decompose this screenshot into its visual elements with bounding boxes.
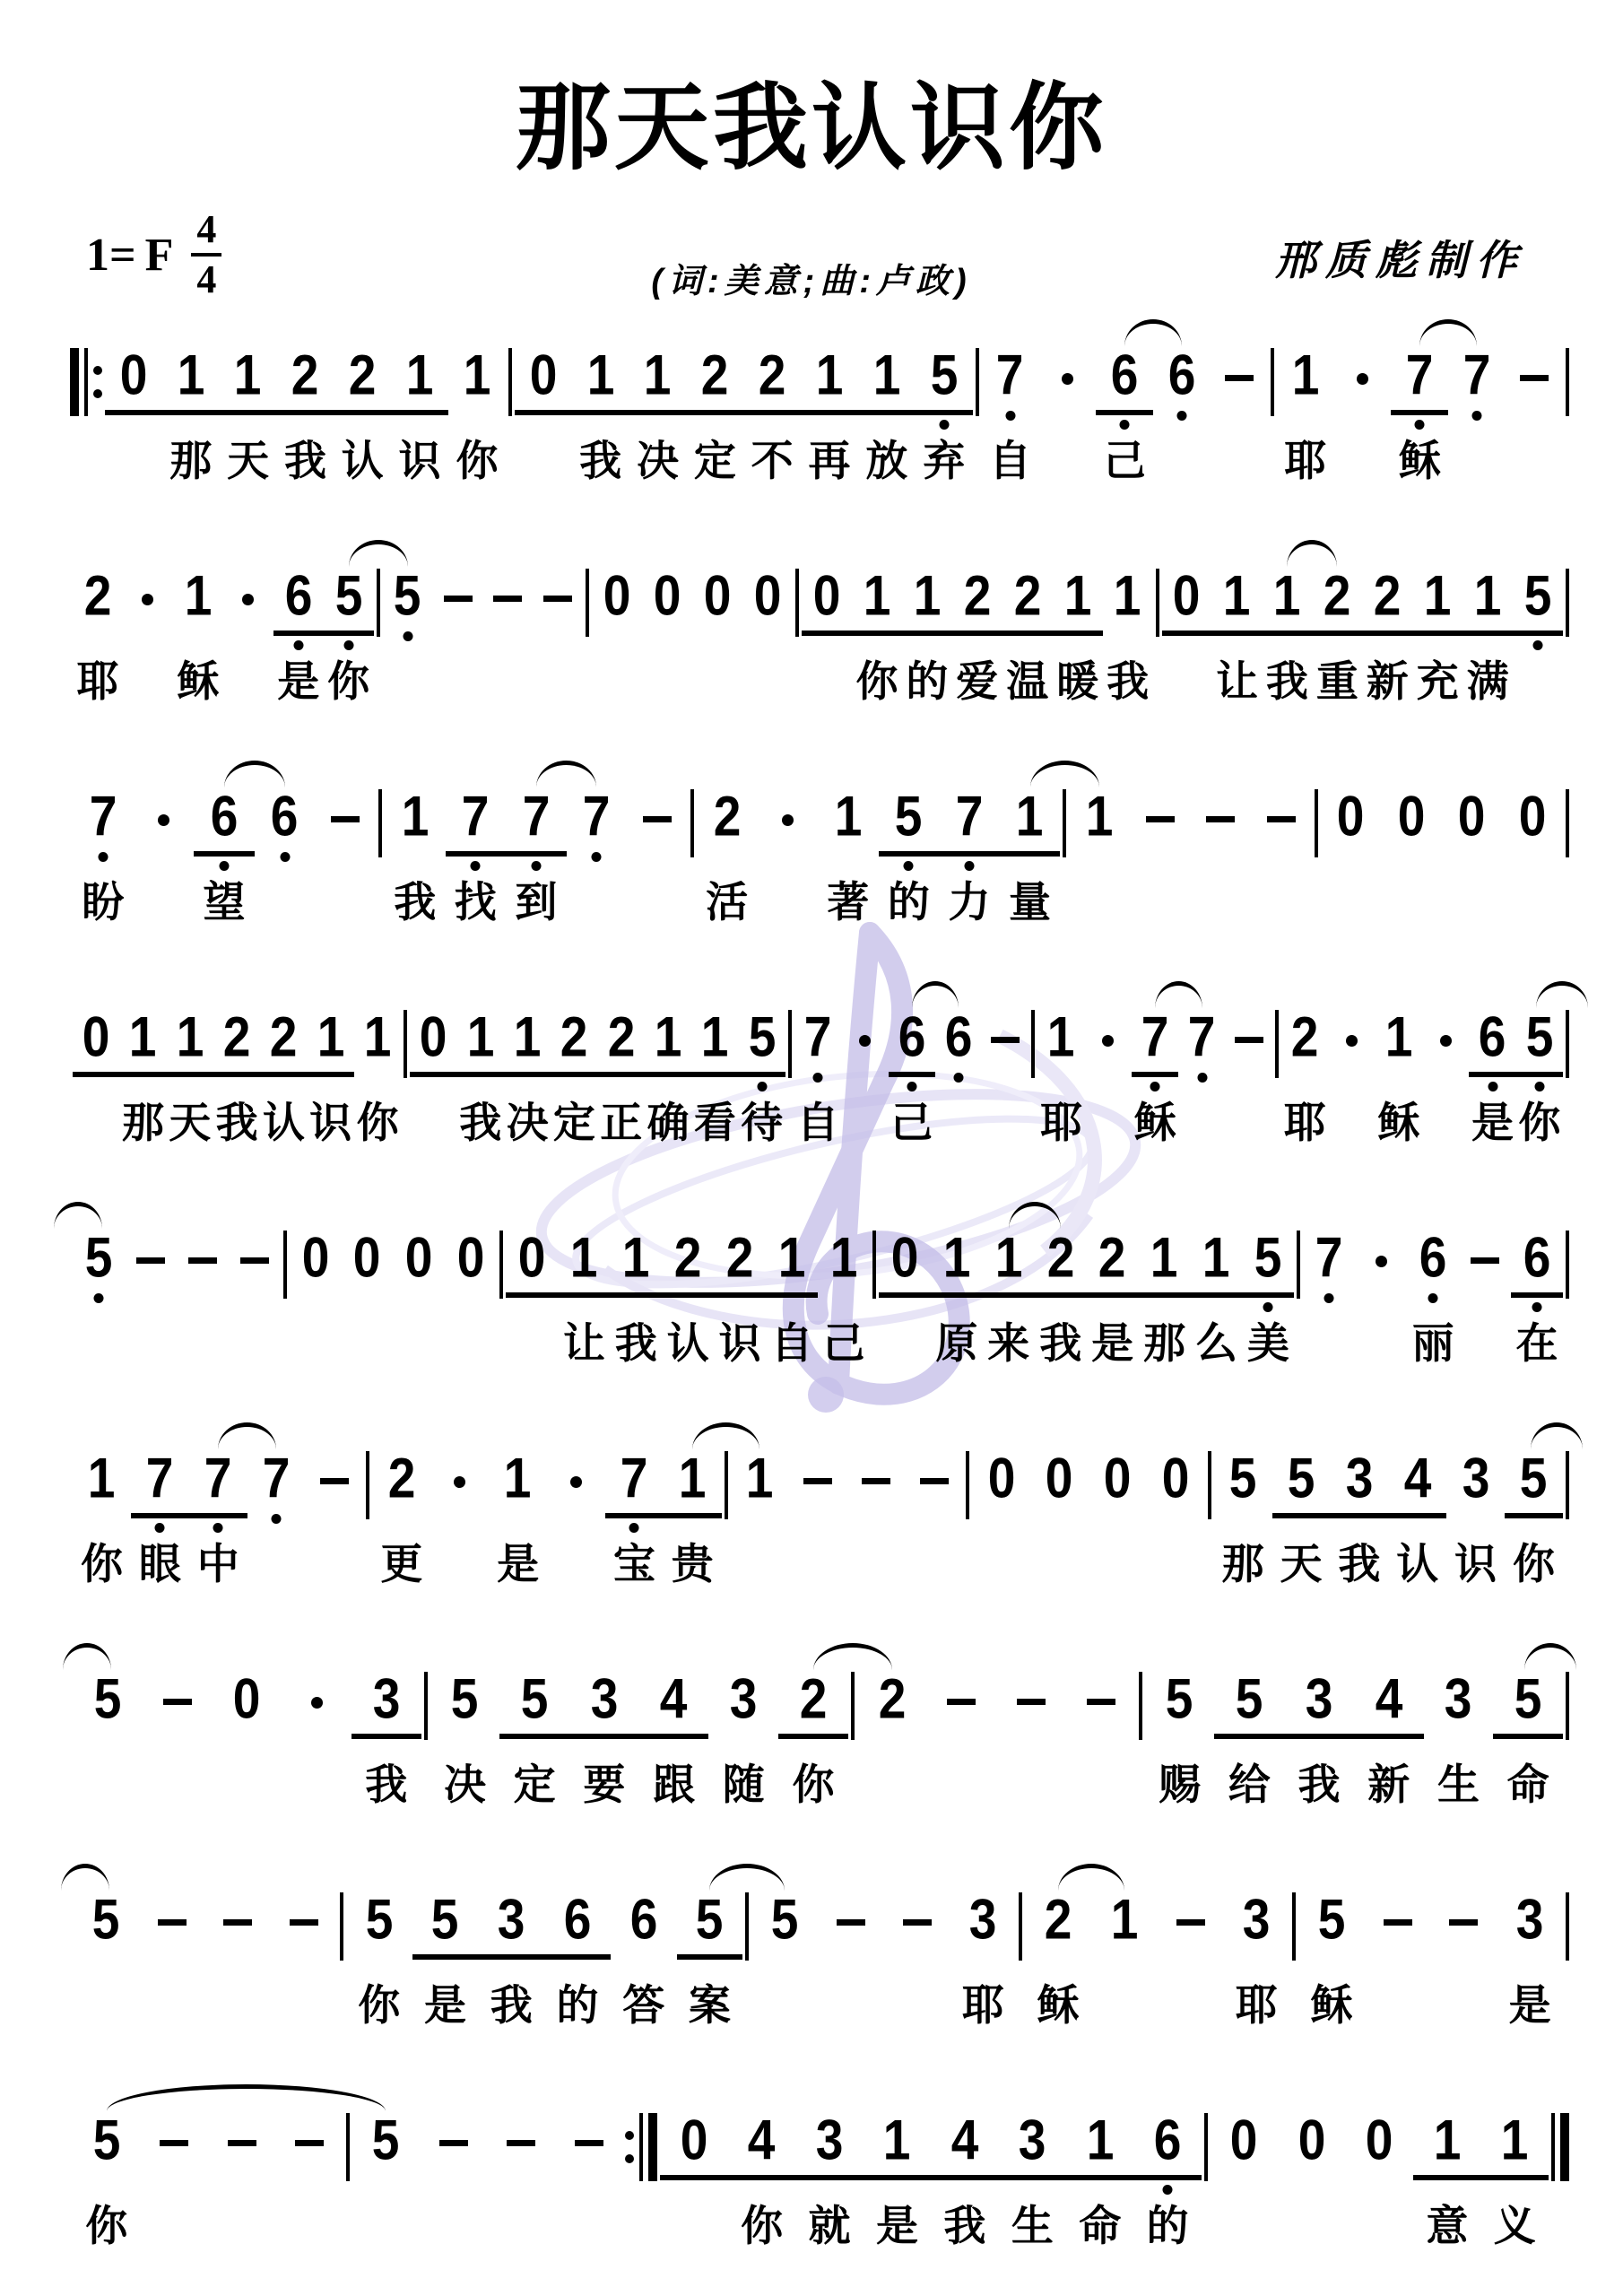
note-digit: 1 [1047,1007,1075,1069]
beam-group: 1来2我 [983,1231,1087,1298]
note-token: 1决 [504,1010,551,1067]
note-token: 1我 [457,1010,504,1067]
beam-group: 4跟 [639,1672,709,1739]
low-octave-dot [1263,1302,1273,1312]
lyric-char: 是 [1091,1320,1133,1367]
tie-arc [1155,981,1202,1011]
lyric-char: 定 [553,1100,595,1146]
note-token: 0 [1502,789,1563,847]
note-group: 1 [731,1451,789,1509]
note-group: 5你 [346,1892,412,1950]
barline-thin [795,569,799,637]
note-digit: 1 [816,345,844,407]
duration-dash [444,596,473,602]
note-digit: 5 [1318,1890,1346,1952]
barline-single [424,1672,428,1740]
beam-group: 7稣 [1132,1010,1178,1077]
note-token: 3我 [478,1892,544,1950]
lyric-char: 决 [444,1761,486,1808]
barline-single [690,789,694,857]
tie-arc [63,1643,111,1673]
note-digit: 7 [523,787,551,848]
note-token: 5决 [430,1672,500,1729]
note-token: 0 [1321,789,1382,847]
barline-single [1156,569,1159,637]
music-line-8: 55你5是3我6的6答5案53耶2稣13耶5稣3是 [70,1892,1569,1961]
note-digit: 0 [813,566,841,628]
lyric-char: 么 [1195,1320,1237,1367]
low-octave-dot [1120,420,1130,430]
note-token: 6 [935,1010,982,1067]
note-digit: 1 [1501,2110,1529,2172]
note-digit: 1 [1385,1007,1413,1069]
note-group: 1著 [818,789,879,847]
note-digit: 2 [270,1007,298,1069]
tie-arc [224,761,285,790]
note-group: 1稣 [173,569,223,626]
beam-group: 1满5 [1462,569,1563,636]
dash-token [789,1451,847,1509]
lyric-char: 天 [1280,1541,1323,1587]
note-digit: 1 [746,1448,774,1510]
lyric-char: 重 [1316,658,1358,705]
barline-single [976,348,979,416]
note-token: 1暖 [1053,569,1103,626]
note-digit: 0 [1398,787,1426,848]
note-token: 1那 [119,1010,166,1067]
beam-group: 1么5美 [1191,1231,1295,1298]
barline-single [1566,789,1569,857]
dash-token [306,1451,364,1509]
duration-dash [543,596,572,602]
note-digit: 3 [1445,1669,1472,1731]
note-digit: 1 [1202,1228,1230,1290]
music-line-4: 01那1天2我2认1识1你01我1决2定2正1确1看5待7自6己61耶7稣72耶… [70,1010,1569,1078]
music-line-2: 2耶1稣6是5你5000001你1的2爱2温1暖1我01让1我2重2新1充1满5 [70,569,1569,637]
dash-token [140,2113,207,2170]
low-octave-dot [213,1523,223,1533]
note-token: 7中 [189,1451,247,1509]
note-group [433,569,483,626]
note-group [1355,1231,1407,1288]
note-token: 1来 [983,1231,1035,1288]
lyric-char: 己 [822,1320,864,1367]
note-group [420,2113,487,2170]
note-token: 1放 [858,348,916,405]
note-digit: 5 [365,1890,393,1952]
tie-arc [1524,1643,1576,1673]
note-digit: 5 [92,1890,120,1952]
augmentation-dot [158,814,169,826]
note-token: 1是 [489,1451,547,1509]
note-token: 0 [1211,2113,1278,2170]
note-group [1251,789,1312,847]
barline-thin [1566,1231,1569,1299]
augmentation-dot [1062,373,1073,385]
augmentation-dot-token [1085,1010,1132,1067]
note-digit: 0 [353,1228,381,1290]
barline-single [851,1672,855,1740]
note-group: 7自 [982,348,1039,405]
lyric-char: 满 [1467,658,1509,705]
note-group: 7 [1448,348,1506,405]
note-token: 5 [73,1892,139,1950]
lyric-char: 天 [169,1100,211,1146]
note-token: 3生 [999,2113,1066,2170]
measure: 2更1是7宝1贵 [372,1451,721,1518]
note-group: 5 [73,1231,125,1288]
note-token: 5稣 [1298,1892,1365,1950]
lyric-char: 中 [197,1541,239,1587]
note-token: 0 [446,1231,498,1288]
note-group [884,1892,950,1950]
note-token: 0 [1442,789,1503,847]
note-token: 7到 [506,789,567,847]
duration-dash [903,1919,932,1926]
lyric-char: 原 [935,1320,977,1367]
lyric-char: 找 [455,879,497,926]
note-digit: 0 [1458,787,1486,848]
note-digit: 2 [726,1228,754,1290]
lyric-char: 决 [637,438,679,484]
low-octave-dot [1005,411,1015,421]
beam-group: 1决2定 [629,348,744,415]
note-token: 1的 [902,569,952,626]
note-token: 1稣 [173,569,223,626]
note-digit: 1 [1424,566,1452,628]
barline-thin [1156,569,1159,637]
repeat-dot [93,389,102,398]
note-token: 4新 [1354,1672,1424,1729]
note-group: 0 [342,1231,394,1288]
beam-group: 5案 [677,1892,743,1960]
duration-dash [643,816,672,822]
note-token: 1原 [931,1231,983,1288]
note-digit: 7 [583,787,611,848]
note-digit: 5 [895,787,923,848]
note-digit: 2 [223,1007,251,1069]
measure: 1 [731,1451,964,1509]
lyric-char: 耶 [1236,1982,1278,2029]
beam-group: 6在 [1511,1231,1563,1298]
lyric-char: 那 [169,438,212,484]
note-group: 1耶 [1037,1010,1084,1067]
note-group [1130,789,1191,847]
augmentation-dot-token [757,789,818,847]
barline-thin [424,1672,428,1740]
barline-thin [1019,1892,1022,1961]
low-octave-dot [964,861,974,871]
note-token: 2 [857,1672,927,1729]
augmentation-dot [1376,1256,1387,1267]
note-token: 1识 [391,348,448,405]
note-token: 2认 [662,1231,714,1288]
dash-token [1191,789,1252,847]
duration-dash [507,2140,535,2146]
barline-single [1292,1892,1296,1961]
note-digit: 2 [349,345,377,407]
dash-token [533,569,583,626]
note-token: 2定 [686,348,743,405]
lyric-char: 我 [490,1982,533,2029]
note-digit: 5 [1515,1669,1542,1731]
duration-dash [290,1919,318,1926]
low-octave-dot [1163,2185,1173,2195]
note-token: 2耶 [1281,1010,1328,1067]
lyric-char: 我 [1298,1761,1341,1808]
tie-arc [709,1864,785,1893]
lyric-char: 量 [1009,879,1051,926]
note-token: 0 [802,569,852,626]
low-octave-dot [98,852,108,862]
note-token: 0 [410,1010,456,1067]
barline-single [283,1231,287,1299]
barline-thin [378,789,382,857]
note-digit: 6 [1168,345,1196,407]
lyric-char: 更 [380,1541,422,1587]
note-token: 1天 [220,348,277,405]
duration-dash [1087,1699,1115,1705]
note-digit: 4 [660,1669,688,1731]
lyric-char: 你 [855,658,898,705]
lyric-char: 认 [342,438,384,484]
barline-thin [1315,789,1318,857]
note-group [1459,1231,1511,1288]
note-token: 5 [352,2113,420,2170]
music-line-6: 1你7眼7中72更1是7宝1贵100005那5天3我4认3识5你 [70,1451,1569,1519]
note-digit: 6 [1479,1007,1506,1069]
barline-thin [346,2113,350,2181]
note-digit: 5 [1520,1448,1548,1510]
note-group [905,1451,963,1509]
note-group [125,1231,177,1288]
dash-token [139,1892,205,1950]
tie-arc [1058,1864,1124,1893]
note-token: 3我 [1284,1672,1354,1729]
note-group: 6答 [611,1892,677,1950]
note-digit: 6 [1523,1228,1551,1290]
note-digit: 1 [234,345,262,407]
duration-dash [1384,1919,1412,1926]
beam-group: 2认1识 [260,1010,354,1077]
duration-dash [1017,1699,1046,1705]
barline-thin [745,1892,749,1961]
measure: 01让1我2重2新1充1满5 [1162,569,1563,636]
note-digit: 7 [1315,1228,1343,1290]
note-group [134,789,195,847]
note-token: 1 [1091,1892,1158,1950]
beam-group: 2是1那 [1087,1231,1191,1298]
barline-thin [1063,789,1066,857]
barline-thin [508,348,512,416]
note-group: 3耶 [1223,1892,1289,1950]
lyric-char: 待 [741,1100,783,1146]
note-token: 7宝 [605,1451,664,1509]
music-line-5: 5000001让1我2认2识1自1己01原1来2我2是1那1么5美76丽6在 [70,1231,1569,1299]
barline-single [1566,1231,1569,1299]
note-token: 2爱 [952,569,1002,626]
barline-thin [84,348,88,416]
note-group: 5 [73,1892,139,1950]
lyric-char: 自 [771,1320,813,1367]
note-group: 0 [1030,1451,1089,1509]
lyric-char: 我 [579,438,621,484]
note-group [123,569,173,626]
tie-arc [1030,761,1100,790]
note-token: 2我 [213,1010,260,1067]
dash-token [1130,789,1191,847]
note-token: 5美 [1242,1231,1294,1288]
note-group [841,1010,888,1067]
barline-single [1271,348,1274,416]
lyric-char: 我 [216,1100,258,1146]
note-token: 6在 [1511,1231,1563,1288]
note-group: 0 [1147,1451,1205,1509]
note-group: 1己 [818,1231,870,1288]
note-token: 6是 [1469,1010,1515,1067]
repeat-dot [625,2154,634,2163]
note-token: 1我 [385,789,446,847]
note-digit: 0 [1366,2110,1393,2172]
barline-thin [366,1451,369,1519]
lyric-char: 我 [459,1100,501,1146]
lyric-char: 决 [507,1100,549,1146]
note-digit: 1 [464,345,491,407]
note-token: 1确 [645,1010,691,1067]
note-token: 1贵 [664,1451,722,1509]
dash-token [905,1451,963,1509]
note-token: 2新 [1362,569,1412,626]
measure: 0000 [972,1451,1205,1509]
note-digit: 0 [754,566,782,628]
dash-token [1211,348,1268,405]
measure: 01那1天2我2认1识1你 [73,1010,401,1077]
beam-group: 7力1量 [939,789,1060,857]
note-digit: 6 [629,1890,657,1952]
beam-group: 01原 [879,1231,983,1298]
note-group [229,1231,281,1288]
barline-thin [639,2113,643,2181]
barline-single [795,569,799,637]
note-digit: 5 [1288,1448,1315,1510]
note-digit: 6 [945,1007,973,1069]
lyric-char: 我 [1266,658,1308,705]
note-token: 0 [515,348,572,405]
note-token: 7 [247,1451,306,1509]
note-token: 2正 [598,1010,645,1067]
note-token: 7稣 [1132,1010,1178,1067]
augmentation-dot [1346,1035,1358,1047]
duration-dash [803,1478,832,1484]
measure: 1 [1069,789,1311,847]
music-line-7: 503我5决5定3要4跟3随2你25赐5给3我4新3生5命 [70,1672,1569,1740]
note-digit: 0 [518,1228,546,1290]
note-digit: 0 [420,1007,447,1069]
note-digit: 6 [1419,1228,1447,1290]
note-digit: 1 [1291,345,1319,407]
note-token: 5你 [346,1892,412,1950]
note-token: 6 [255,789,316,847]
lyric-char: 己 [1104,438,1146,484]
lyric-char: 是 [876,2203,918,2249]
note-digit: 1 [176,1007,204,1069]
low-octave-dot [293,640,303,650]
lyric-char: 眼 [139,1541,181,1587]
note-token: 0 [342,1231,394,1288]
note-digit: 0 [891,1228,919,1290]
lyric-char: 意 [1426,2203,1468,2249]
augmentation-dot-token [1422,1010,1469,1067]
lyric-char: 稣 [1399,438,1441,484]
note-digit: 0 [603,566,631,628]
beam-group: 5命 [1493,1672,1563,1739]
repeat-dots [93,348,102,416]
lyric-char: 你 [357,1100,399,1146]
barline-single [1315,789,1318,857]
note-token: 1义 [1481,2113,1549,2170]
note-group: 0 [592,569,642,626]
beam-group: 2识1自 [714,1231,818,1298]
lyric-char: 稣 [1134,1100,1176,1146]
note-token: 2我 [277,348,334,405]
note-group: 5 [751,1892,818,1950]
lyric-char: 耶 [1284,438,1326,484]
note-token: 1著 [818,789,879,847]
note-token: 5的 [879,789,940,847]
note-token: 3随 [708,1672,778,1729]
lyric-char: 稣 [177,658,219,705]
duration-dash [1146,816,1175,822]
note-token: 1让 [1211,569,1262,626]
barline-thin [690,789,694,857]
measure: 5赐5给3我4新3生5命 [1145,1672,1563,1739]
low-octave-dot [592,852,602,862]
note-digit: 5 [85,1228,113,1290]
note-digit: 0 [1230,2110,1258,2172]
note-token: 5命 [1493,1672,1563,1729]
note-token: 1你 [354,1010,401,1067]
note-token: 6望 [194,789,255,847]
barline-thin [1208,1451,1211,1519]
note-group: 0 [1211,2113,1278,2170]
note-token: 3耶 [950,1892,1016,1950]
note-digit: 1 [185,566,213,628]
note-group: 3随 [708,1672,778,1729]
note-digit: 7 [1141,1007,1169,1069]
repeat-dot [625,2131,634,2140]
barline-thin [1566,569,1569,637]
lyric-char: 温 [1006,658,1048,705]
lyric-char: 认 [667,1320,709,1367]
note-token: 2重 [1312,569,1362,626]
barline-thin [1292,1892,1296,1961]
note-digit: 1 [1474,566,1502,628]
beam-group: 2温1暖 [1002,569,1103,636]
dash-token [275,2113,343,2170]
barline-single [1566,348,1569,416]
note-group [1211,348,1268,405]
note-digit: 1 [1086,787,1114,848]
note-digit: 5 [930,345,958,407]
note-token: 1那 [1139,1231,1191,1288]
barline-single [1566,569,1569,637]
low-octave-dot [1324,1293,1334,1303]
note-group [143,1672,213,1729]
note-group [927,1672,997,1729]
note-group [306,1451,364,1509]
note-token: 7稣 [1391,348,1448,405]
measure: 7自6己6 [794,1010,1029,1077]
